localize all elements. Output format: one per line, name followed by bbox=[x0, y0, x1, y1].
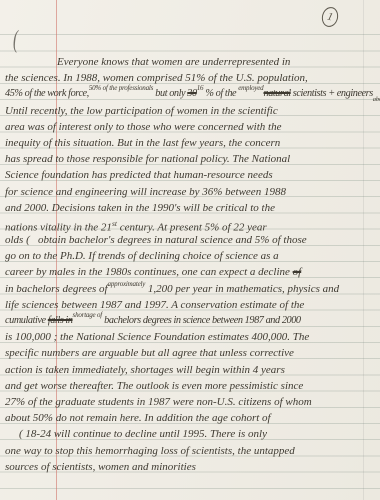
handwritten-line: action is taken immediately, shortages w… bbox=[5, 362, 379, 378]
handwritten-line: go on to the Ph.D. If trends of declinin… bbox=[5, 248, 379, 264]
handwritten-line: life sciences between 1987 and 1997. A c… bbox=[5, 297, 379, 313]
handwritten-line: is 100,000 ; the National Science Founda… bbox=[5, 329, 379, 345]
handwritten-line: Until recently, the low participation of… bbox=[5, 103, 379, 119]
handwritten-line: ( 18-24 will continue to decline until 1… bbox=[5, 426, 379, 442]
line-text: cumulative bbox=[5, 315, 48, 326]
handwritten-line: area was of interest only to those who w… bbox=[5, 119, 379, 135]
struck-out-text: natural bbox=[264, 88, 291, 99]
interlinear-insertion: 50% of the professionals bbox=[89, 84, 153, 92]
interlinear-insertion: approximately bbox=[108, 280, 146, 288]
line-text: in bachelors degrees of bbox=[5, 283, 108, 295]
handwritten-line: specific numbers are arguable but all ag… bbox=[5, 345, 379, 361]
interlinear-insertion: 16 bbox=[197, 84, 204, 92]
handwritten-line: Everyone knows that women are underrepre… bbox=[5, 54, 379, 70]
handwritten-line: olds ( obtain bachelor's degrees in natu… bbox=[5, 232, 379, 248]
line-text: career by males in the 1980s continues, … bbox=[5, 266, 293, 278]
handwritten-line: sources of scientists, women and minorit… bbox=[5, 459, 379, 475]
handwritten-line: about 50% do not remain here. In additio… bbox=[5, 410, 379, 426]
struck-out-text: falls in bbox=[48, 315, 73, 326]
interlinear-insertion: shortage of bbox=[73, 311, 103, 319]
handwritten-line: one way to stop this hemorrhaging loss o… bbox=[5, 443, 379, 459]
handwritten-line: and get worse thereafter. The outlook is… bbox=[5, 378, 379, 394]
handwritten-line-with-corrections: 45% of the work force,50% of the profess… bbox=[5, 86, 379, 102]
handwritten-line: the sciences. In 1988, women comprised 5… bbox=[5, 70, 379, 86]
interlinear-insertion: employed bbox=[238, 84, 263, 92]
line-text: bachelors degrees in science between 198… bbox=[102, 315, 301, 326]
line-text: 1,200 per year in mathematics, physics a… bbox=[145, 283, 339, 295]
handwritten-page: 1 ( Everyone knows that women are underr… bbox=[0, 0, 380, 500]
handwritten-line-with-corrections: in bachelors degrees ofapproximately 1,2… bbox=[5, 281, 379, 297]
struck-out-text: of bbox=[293, 266, 302, 278]
handwritten-line: Science foundation has predicted that hu… bbox=[5, 167, 379, 183]
margin-paren-mark: ( bbox=[13, 27, 18, 56]
line-text: 45% of the work force, bbox=[5, 88, 89, 99]
interlinear-note-below: about 2.1% of natural scientists bbox=[373, 96, 380, 103]
line-text: scientists + engineers bbox=[291, 88, 373, 99]
handwritten-line: has spread to those responsible for nati… bbox=[5, 151, 379, 167]
line-text: % of the bbox=[203, 88, 238, 99]
handwritten-line: inequity of this situation. But in the l… bbox=[5, 135, 379, 151]
handwritten-line: for science and engineering will increas… bbox=[5, 184, 379, 200]
handwritten-line: and 2000. Decisions taken in the 1990's … bbox=[5, 200, 379, 216]
handwritten-text-block: Everyone knows that women are underrepre… bbox=[5, 54, 379, 475]
line-text: but only bbox=[153, 88, 187, 99]
handwritten-line-with-corrections: career by males in the 1980s continues, … bbox=[5, 264, 379, 280]
handwritten-line: 27% of the graduate students in 1987 wer… bbox=[5, 394, 379, 410]
handwritten-line-with-superscript: nations vitality in the 21st century. At… bbox=[5, 216, 379, 232]
struck-out-text: 30 bbox=[187, 88, 196, 99]
handwritten-line-with-corrections: cumulative falls inshortage of bachelors… bbox=[5, 313, 379, 329]
